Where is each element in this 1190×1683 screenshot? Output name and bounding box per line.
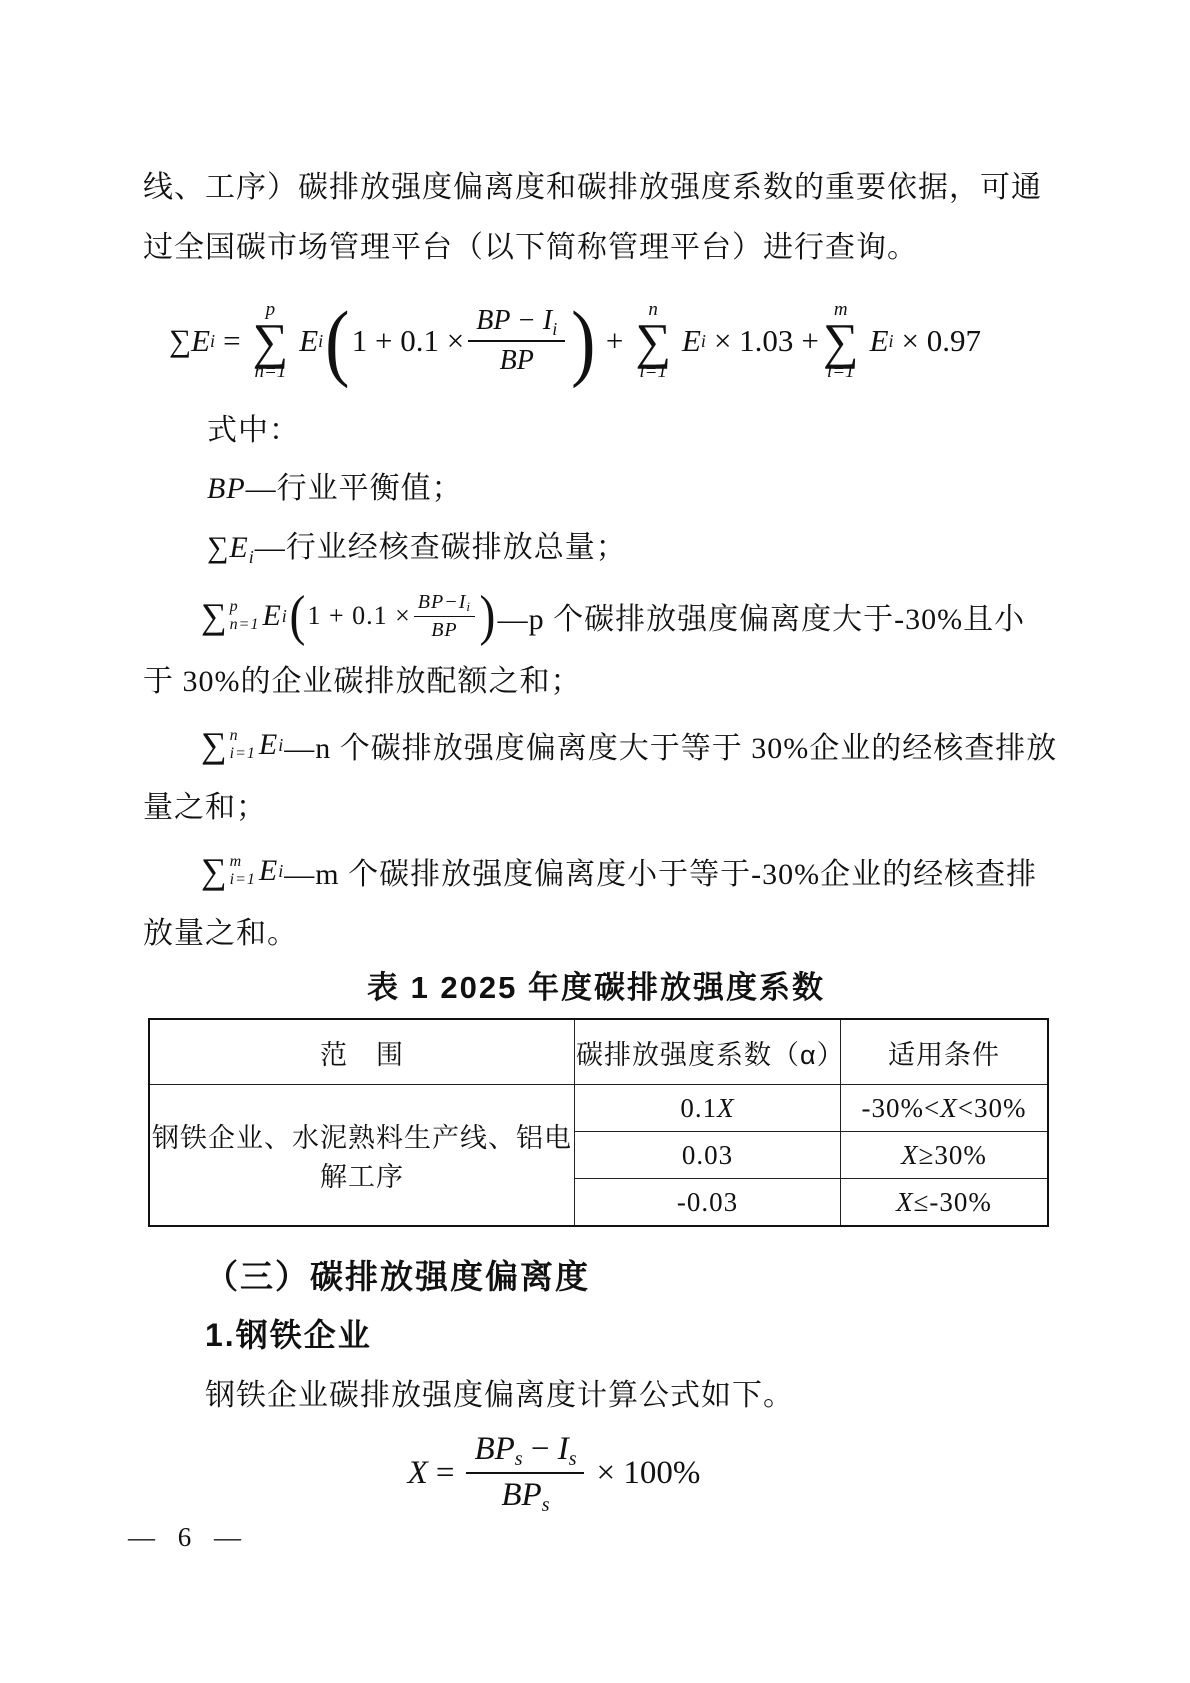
sigma-symbol: ∑ xyxy=(201,727,228,763)
inline-sum-m: ∑ mi=1 xyxy=(201,853,259,890)
sum-lower-limit: n=1 xyxy=(230,616,260,634)
inline-sum-p: ∑ pn=1 xyxy=(201,598,262,635)
n-term-var: E xyxy=(259,728,278,762)
plus-sign-1: + xyxy=(606,323,623,359)
document-content: 线、工序）碳排放强度偏离度和碳排放强度系数的重要依据，可通 过全国碳市场管理平台… xyxy=(143,158,1049,1519)
formula-lhs-var: E xyxy=(191,323,210,359)
m-term-var: E xyxy=(259,854,278,888)
table-title: 表 1 2025 年度碳排放强度系数 xyxy=(143,966,1049,1010)
formula-total-allocation: ∑Ei = p ∑ n=1 Ei ( 1 + 0.1 × BP − Ii BP … xyxy=(143,280,1049,402)
m-definition-continuation: 放量之和。 xyxy=(143,906,1049,962)
sigma-symbol: ∑ xyxy=(635,321,671,362)
cell-cond-1: -30%<X<30% xyxy=(841,1085,1049,1132)
x-multiplier: × 100% xyxy=(596,1455,700,1492)
denominator-bp: BP xyxy=(501,1477,541,1513)
numerator-bp: BP xyxy=(474,1431,514,1467)
definition-p-term: ∑ pn=1 Ei ( 1 + 0.1 × BP−Ii BP ) —p 个碳排放… xyxy=(143,578,1049,654)
page-number: — 6 — xyxy=(128,1522,249,1553)
inline-fraction: BP−Ii BP xyxy=(414,591,475,641)
steel-paragraph: 钢铁企业碳排放强度偏离度计算公式如下。 xyxy=(143,1367,1049,1425)
formula-lhs-sigma: ∑ xyxy=(169,323,191,359)
equals-sign: = xyxy=(436,1455,455,1492)
sum-e-var: E xyxy=(229,531,248,564)
inner-expression: 1 + 0.1 × xyxy=(307,601,410,631)
cell-alpha-2: 0.03 xyxy=(575,1132,841,1179)
col-header-scope: 范 围 xyxy=(149,1019,575,1085)
inner-expression: 1 + 0.1 × xyxy=(352,323,464,359)
definition-sum-e: ∑Ei—行业经核查碳排放总量； xyxy=(143,518,1049,578)
equals-sign: = xyxy=(223,323,240,359)
body-line-2: 过全国碳市场管理平台（以下简称管理平台）进行查询。 xyxy=(143,218,1049,278)
inline-sum-n: ∑ ni=1 xyxy=(201,727,259,764)
fraction-bp: BP − Ii BP xyxy=(468,305,565,377)
sigma-symbol: ∑ xyxy=(207,531,229,564)
formula-deviation-x: X = BPs − Is BPs × 100% xyxy=(143,1427,973,1519)
p-term-var: E xyxy=(262,599,281,633)
definition-n-term: ∑ ni=1 Ei —n 个碳排放强度偏离度大于等于 30%企业的经核查排放 xyxy=(143,710,1049,780)
col-header-condition: 适用条件 xyxy=(841,1019,1049,1085)
fraction-numerator: BP−I xyxy=(418,591,467,613)
sum-operator-p: p ∑ n=1 xyxy=(253,300,289,383)
sum-lower-limit: i=1 xyxy=(230,871,256,889)
cell-cond-2: X≥30% xyxy=(841,1132,1049,1179)
sum-upper-limit: m xyxy=(230,853,243,871)
term3-multiplier: × 0.97 xyxy=(902,323,981,359)
cell-alpha-1: 0.1X xyxy=(575,1085,841,1132)
minus-sign: − xyxy=(531,1431,550,1467)
numerator-i: I xyxy=(558,1431,569,1467)
sigma-symbol: ∑ xyxy=(201,598,228,634)
cell-cond-3: X≤-30% xyxy=(841,1179,1049,1227)
sum-operator-n: n ∑ i=1 xyxy=(635,300,671,383)
sum-operator-m: m ∑ i=1 xyxy=(823,300,859,383)
x-fraction: BPs − Is BPs xyxy=(466,1431,584,1515)
numerator-bp-sub: s xyxy=(515,1448,523,1470)
p-definition-continuation: 于 30%的企业碳排放配额之和； xyxy=(143,654,1049,710)
sum-lower-limit: i=1 xyxy=(639,362,667,383)
col-header-coefficient: 碳排放强度系数（α） xyxy=(575,1019,841,1085)
plus-sign-2: + xyxy=(801,323,818,359)
coefficient-table: 范 围 碳排放强度系数（α） 适用条件 钢铁企业、水泥熟料生产线、铝电解工序 0… xyxy=(148,1018,1049,1227)
n-definition-continuation: 量之和； xyxy=(143,780,1049,836)
table-header-row: 范 围 碳排放强度系数（α） 适用条件 xyxy=(149,1019,1048,1085)
bp-var: BP xyxy=(207,472,246,505)
m-definition-text: —m 个碳排放强度偏离度小于等于-30%企业的经核查排 xyxy=(284,849,1037,893)
n-definition-text: —n 个碳排放强度偏离度大于等于 30%企业的经核查排放 xyxy=(284,723,1057,767)
sigma-symbol: ∑ xyxy=(823,321,859,362)
sum-lower-limit: n=1 xyxy=(254,362,286,383)
cell-scope: 钢铁企业、水泥熟料生产线、铝电解工序 xyxy=(149,1085,575,1227)
document-page: 线、工序）碳排放强度偏离度和碳排放强度系数的重要依据，可通 过全国碳市场管理平台… xyxy=(0,0,1190,1683)
term2-multiplier: × 1.03 xyxy=(714,323,793,359)
term2-var: E xyxy=(682,323,701,359)
definition-m-term: ∑ mi=1 Ei —m 个碳排放强度偏离度小于等于-30%企业的经核查排 xyxy=(143,836,1049,906)
term3-var: E xyxy=(870,323,889,359)
x-var: X xyxy=(408,1455,428,1492)
cell-alpha-3: -0.03 xyxy=(575,1179,841,1227)
section-heading-3: （三）碳排放强度偏离度 xyxy=(143,1257,1049,1299)
term1-var: E xyxy=(299,323,318,359)
body-line-1: 线、工序）碳排放强度偏离度和碳排放强度系数的重要依据，可通 xyxy=(143,158,1049,218)
sigma-symbol: ∑ xyxy=(253,321,289,362)
sum-upper-limit: n xyxy=(230,727,239,745)
fraction-numerator-sub: i xyxy=(466,599,471,614)
fraction-numerator-sub: i xyxy=(552,319,557,339)
sigma-symbol: ∑ xyxy=(201,853,228,889)
fraction-denominator: BP xyxy=(500,342,534,377)
numerator-i-sub: s xyxy=(569,1448,577,1470)
table-row: 钢铁企业、水泥熟料生产线、铝电解工序 0.1X -30%<X<30% xyxy=(149,1085,1048,1132)
p-definition-text: —p 个碳排放强度偏离度大于-30%且小 xyxy=(498,594,1025,638)
bp-definition-text: —行业平衡值； xyxy=(246,472,463,505)
where-label: 式中： xyxy=(143,402,1049,460)
definition-bp: BP—行业平衡值； xyxy=(143,460,1049,518)
sum-upper-limit: p xyxy=(230,598,239,616)
sum-lower-limit: i=1 xyxy=(827,362,855,383)
fraction-denominator: BP xyxy=(431,617,457,641)
sum-lower-limit: i=1 xyxy=(230,745,256,763)
denominator-bp-sub: s xyxy=(542,1494,550,1516)
fraction-numerator: BP − I xyxy=(476,305,552,336)
sum-e-definition-text: —行业经核查碳排放总量； xyxy=(255,531,627,564)
subsection-heading-steel: 1.钢铁企业 xyxy=(143,1315,1049,1355)
